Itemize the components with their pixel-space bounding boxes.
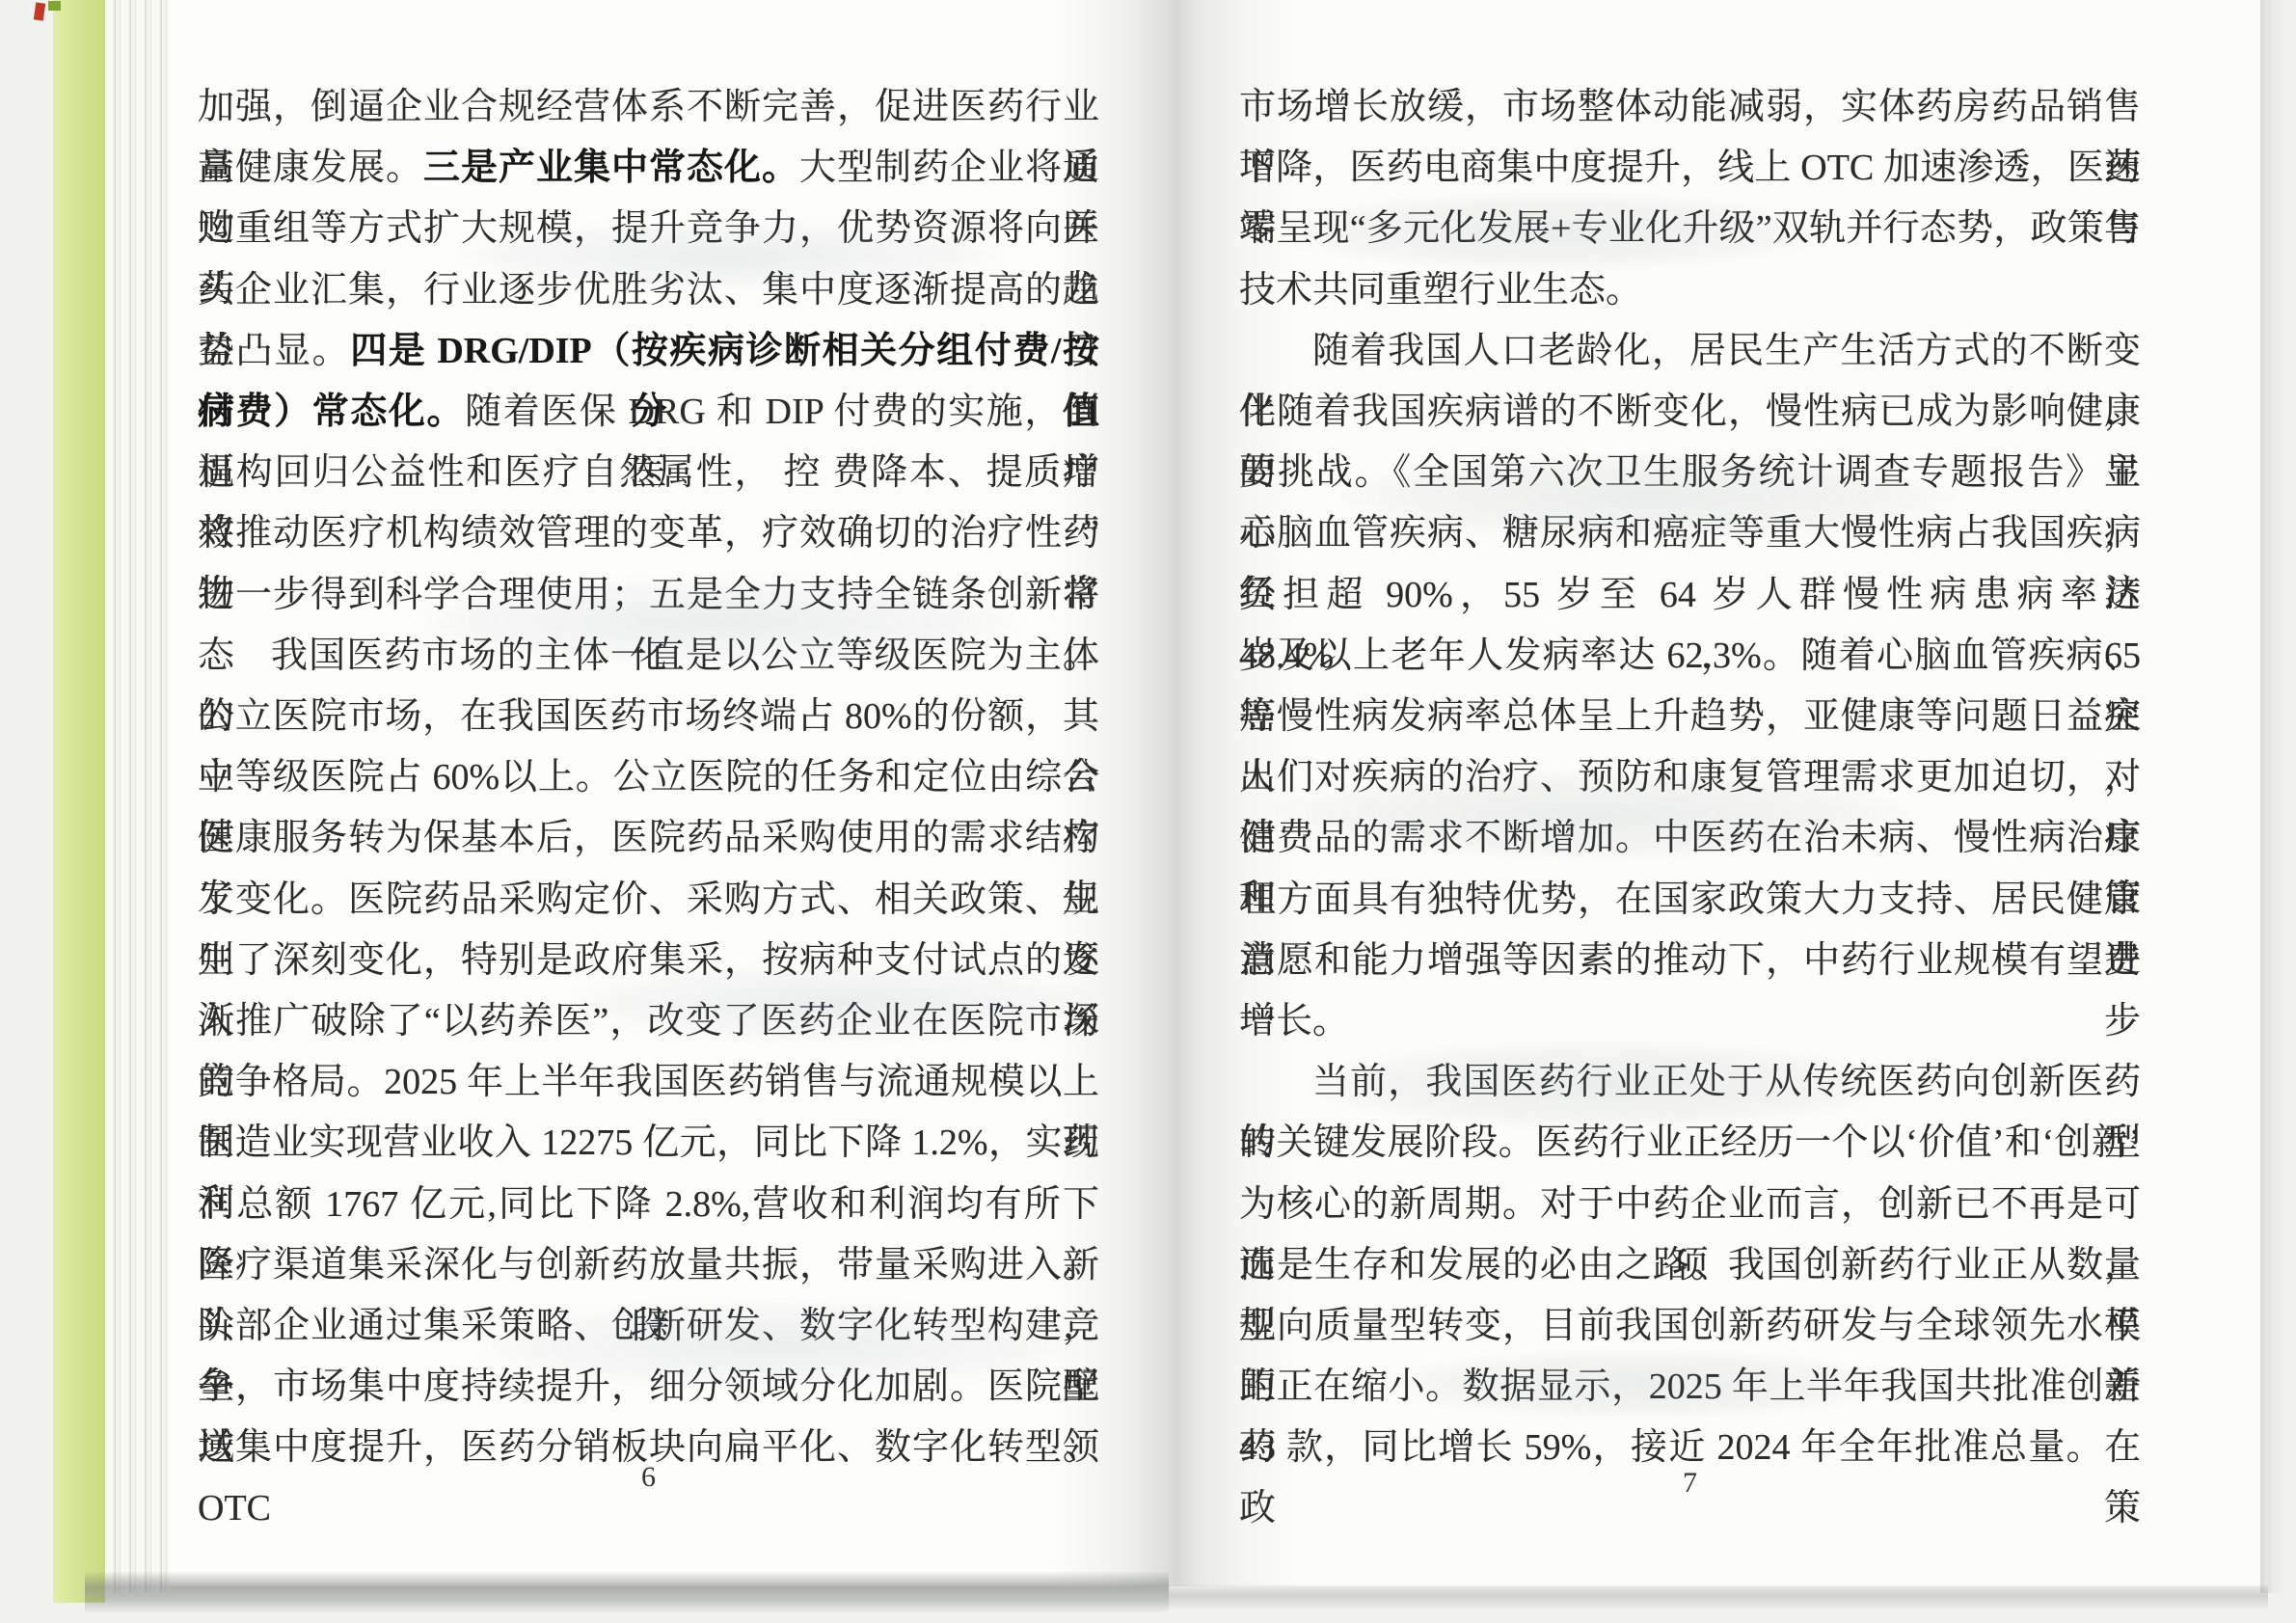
text-line: 市场增长放缓，市场整体动能减弱，实体药房药品销售增速: [1239, 77, 2141, 138]
text-line: 负担超 90%，55 岁至 64 岁人群慢性病患病率达 48.4%，65: [1239, 565, 2141, 626]
text-line: 人们对疾病的治疗、预防和康复管理需求更加迫切，对健康: [1239, 747, 2141, 808]
text-line: 医疗渠道集采深化与创新药放量共振，带量采购进入新阶段，: [198, 1235, 1099, 1296]
text-line: 将推动医疗机构绩效管理的变革，疗效确切的治疗性药物将: [198, 503, 1099, 564]
text-line: 进一步得到科学合理使用；五是全力支持全链条创新常态化。: [198, 565, 1099, 626]
text-line: 岁及以上老年人发病率达 62.3%。随着心脑血管疾病、癌症: [1239, 626, 2141, 687]
text-line: 当前，我国医药行业正处于从传统医药向创新医药转型: [1239, 1052, 2141, 1113]
text-line: 理方面具有独特优势，在国家政策大力支持、居民健康消费: [1239, 870, 2141, 931]
scan-speck-green: [48, 1, 61, 11]
text-line: 型向质量型转变，目前我国创新药研发与全球领先水平的差: [1239, 1296, 2141, 1357]
scan-speck-red: [34, 2, 45, 20]
page-stack-edges: [105, 0, 170, 1593]
text-line: 为核心的新周期。对于中药企业而言，创新已不再是可选项，: [1239, 1175, 2141, 1235]
text-line: 心脑血管疾病、糖尿病和癌症等重大慢性病占我国疾病经济: [1239, 503, 2141, 564]
text-line: 机构回归公益性和医疗自然属性， 控 费降本、提质增效”: [198, 443, 1099, 503]
text-segment: 增长。: [1239, 1001, 1349, 1041]
text-segment: 端呈现“多元化发展+专业化升级”双轨并行态势，政策与: [1239, 208, 2141, 249]
bold-text-segment: 付费）常态化。: [198, 392, 465, 432]
text-line: 头部企业通过集采策略、创新研发、数字化转型构建竞争壁: [198, 1296, 1099, 1357]
text-line: 润总额 1767 亿元,同比下降 2.8%,营收和利润均有所下降。: [198, 1175, 1099, 1235]
text-segment: 技术共同重塑行业生态。: [1239, 270, 1642, 311]
page-number-left: 6: [198, 1458, 1099, 1497]
right-page: 市场增长放缓，市场整体动能减弱，实体药房药品销售增速下降，医药电商集中度提升，线…: [1167, 0, 2268, 1586]
text-line: 量健康发展。三是产业集中常态化。大型制药企业将通过并: [198, 138, 1099, 199]
text-line: 公立医院市场，在我国医药市场终端占 80%的份额，其中公: [198, 687, 1099, 747]
left-page: 加强，倒逼企业合规经营体系不断完善，促进医药行业高质量健康发展。三是产业集中常态…: [170, 0, 1167, 1586]
text-line: 下降，医药电商集中度提升，线上 OTC 加速渗透，医药零售: [1239, 138, 2141, 199]
bottom-scan-shadow-left: [85, 1572, 1169, 1612]
text-line: 端呈现“多元化发展+专业化升级”双轨并行态势，政策与: [1239, 199, 2141, 259]
book-spread: 加强，倒逼企业合规经营体系不断完善，促进医药行业高质量健康发展。三是产业集中常态…: [0, 0, 2296, 1623]
text-line: 意愿和能力增强等因素的推动下，中药行业规模有望进一步: [1239, 931, 2141, 991]
text-line: 了变化。医院药品采购定价、采购方式、相关政策、规则发: [198, 870, 1099, 931]
text-line: 益凸显。四是 DRG/DIP（按疾病诊断相关分组付费/按病分值: [198, 321, 1099, 382]
text-line: 距正在缩小。数据显示，2025 年上半年我国共批准创新药: [1239, 1357, 2141, 1418]
text-line: 我国医药市场的主体一直是以公立等级医院为主体的: [198, 626, 1099, 687]
bold-text-segment: 三是产业集中常态化。: [423, 148, 799, 188]
book-edge-strip: [53, 0, 105, 1603]
right-page-text-layer: 市场增长放缓，市场整体动能减弱，实体药房药品销售增速下降，医药电商集中度提升，线…: [1167, 0, 2268, 1586]
text-line: 付费）常态化。随着医保 DRG 和 DIP 付费的实施，倒逼医疗: [198, 382, 1099, 443]
text-segment: 益凸显。: [198, 331, 350, 371]
text-line: 随着我国人口老龄化，居民生产生活方式的不断变化，: [1239, 321, 2141, 382]
text-line: 立等级医院占 60%以上。公立医院的任务和定位由综合医疗: [198, 747, 1099, 808]
text-line: 等慢性病发病率总体呈上升趋势，亚健康等问题日益突出，: [1239, 687, 2141, 747]
text-line: 的关键发展阶段。医药行业正经历一个以‘价值’和‘创新’: [1239, 1113, 2141, 1174]
text-line: 健康服务转为保基本后，医院药品采购使用的需求结构发生: [198, 808, 1099, 869]
text-line: 头企业汇集，行业逐步优胜劣汰、集中度逐渐提高的趋势日: [198, 260, 1099, 321]
text-line: 要挑战。《全国第六次卫生服务统计调查专题报告》显示，: [1239, 443, 2141, 503]
text-line: 制造业实现营业收入 12275 亿元，同比下降 1.2%，实现利: [198, 1113, 1099, 1174]
text-line: 入推广破除了“以药养医”，改变了医药企业在医院市场的: [198, 991, 1099, 1052]
text-segment: 量健康发展。: [198, 148, 423, 188]
left-page-text-layer: 加强，倒逼企业合规经营体系不断完善，促进医药行业高质量健康发展。三是产业集中常态…: [170, 0, 1167, 1586]
text-line: 技术共同重塑行业生态。: [1239, 260, 2141, 321]
text-line: 加强，倒逼企业合规经营体系不断完善，促进医药行业高质: [198, 77, 1099, 138]
text-line: 消费品的需求不断增加。中医药在治未病、慢性病治疗和管: [1239, 808, 2141, 869]
text-line: 垒，市场集中度持续提升，细分领域分化加剧。医院配送领: [198, 1357, 1099, 1418]
bottom-scan-shadow-right: [1169, 1584, 2268, 1609]
text-segment: 的关键发展阶段。医药行业正经历一个以‘价值’和‘创新’: [1239, 1123, 2141, 1163]
text-line: 生了深刻变化，特别是政府集采，按病种支付试点的逐渐深: [198, 931, 1099, 991]
text-line: 伴随着我国疾病谱的不断变化，慢性病已成为影响健康的主: [1239, 382, 2141, 443]
right-page-edge-shadow: [2260, 0, 2283, 1593]
page-number-right: 7: [1239, 1464, 2141, 1502]
text-line: 竞争格局。2025 年上半年我国医药销售与流通规模以上医药: [198, 1052, 1099, 1113]
text-line: 而是生存和发展的必由之路。我国创新药行业正从数量规模: [1239, 1235, 2141, 1296]
text-line: 购重组等方式扩大规模，提升竞争力，优势资源将向医药龙: [198, 199, 1099, 259]
text-line: 增长。: [1239, 991, 2141, 1052]
